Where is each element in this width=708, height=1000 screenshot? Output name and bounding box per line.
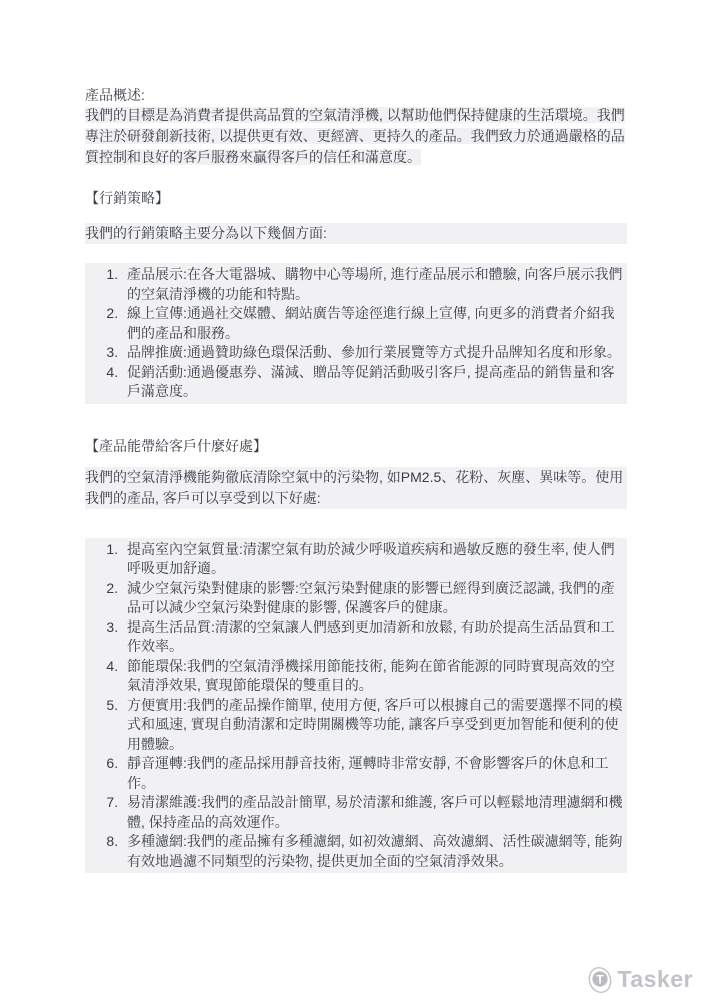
tasker-logo-icon: T <box>583 962 617 996</box>
list-item: 品牌推廣:通過贊助綠色環保活動、參加行業展覽等方式提升品牌知名度和形象。 <box>122 343 627 363</box>
list-item: 產品展示:在各大電器城、購物中心等場所, 進行產品展示和體驗, 向客戶展示我們的… <box>122 265 627 304</box>
list-item: 靜音運轉:我們的產品採用靜音技術, 運轉時非常安靜, 不會影響客戶的休息和工作。 <box>122 754 627 793</box>
list-item: 線上宣傳:通過社交媒體、網站廣告等途徑進行線上宣傳, 向更多的消費者介紹我們的產… <box>122 304 627 343</box>
list-item: 促銷活動:通過優惠券、滿減、贈品等促銷活動吸引客戶, 提高產品的銷售量和客戶滿意… <box>122 363 627 402</box>
list-item: 易清潔維護:我們的產品設計簡單, 易於清潔和維護, 客戶可以輕鬆地清理濾網和機體… <box>122 793 627 832</box>
document-page: 產品概述: 我們的目標是為消費者提供高品質的空氣清淨機, 以幫助他們保持健康的生… <box>0 0 708 873</box>
tasker-watermark: T Tasker <box>583 962 693 996</box>
list-item: 減少空氣污染對健康的影響:空氣污染對健康的影響已經得到廣泛認識, 我們的產品可以… <box>122 579 627 618</box>
list-item: 節能環保:我們的空氣清淨機採用節能技術, 能夠在節省能源的同時實現高效的空氣清淨… <box>122 657 627 696</box>
list-item: 提高生活品質:清潔的空氣讓人們感到更加清新和放鬆, 有助於提高生活品質和工作效率… <box>122 618 627 657</box>
customer-benefits-intro: 我們的空氣清淨機能夠徹底清除空氣中的污染物, 如PM2.5、花粉、灰塵、異味等。… <box>85 467 627 509</box>
overview-paragraph-highlight: 我們的目標是為消費者提供高品質的空氣清淨機, 以幫助他們保持健康的生活環境。我們… <box>85 107 625 165</box>
customer-benefits-heading: 【產品能帶給客戶什麼好處】 <box>85 436 627 457</box>
overview-paragraph: 我們的目標是為消費者提供高品質的空氣清淨機, 以幫助他們保持健康的生活環境。我們… <box>85 105 627 168</box>
customer-benefits-list: 提高室內空氣質量:清潔空氣有助於減少呼吸道疾病和過敏反應的發生率, 使人們呼吸更… <box>85 538 627 874</box>
marketing-strategy-list: 產品展示:在各大電器城、購物中心等場所, 進行產品展示和體驗, 向客戶展示我們的… <box>85 263 627 404</box>
tasker-logo-text: Tasker <box>618 966 693 993</box>
marketing-strategy-heading: 【行銷策略】 <box>85 188 627 209</box>
marketing-strategy-intro: 我們的行銷策略主要分為以下幾個方面: <box>85 223 627 244</box>
list-item: 方便實用:我們的產品操作簡單, 使用方便, 客戶可以根據自己的需要選擇不同的模式… <box>122 696 627 755</box>
list-item: 提高室內空氣質量:清潔空氣有助於減少呼吸道疾病和過敏反應的發生率, 使人們呼吸更… <box>122 540 627 579</box>
overview-label: 產品概述: <box>85 85 627 105</box>
svg-text:T: T <box>596 973 604 987</box>
list-item: 多種濾網:我們的產品擁有多種濾網, 如初效濾網、高效濾網、活性碳濾網等, 能夠有… <box>122 832 627 871</box>
